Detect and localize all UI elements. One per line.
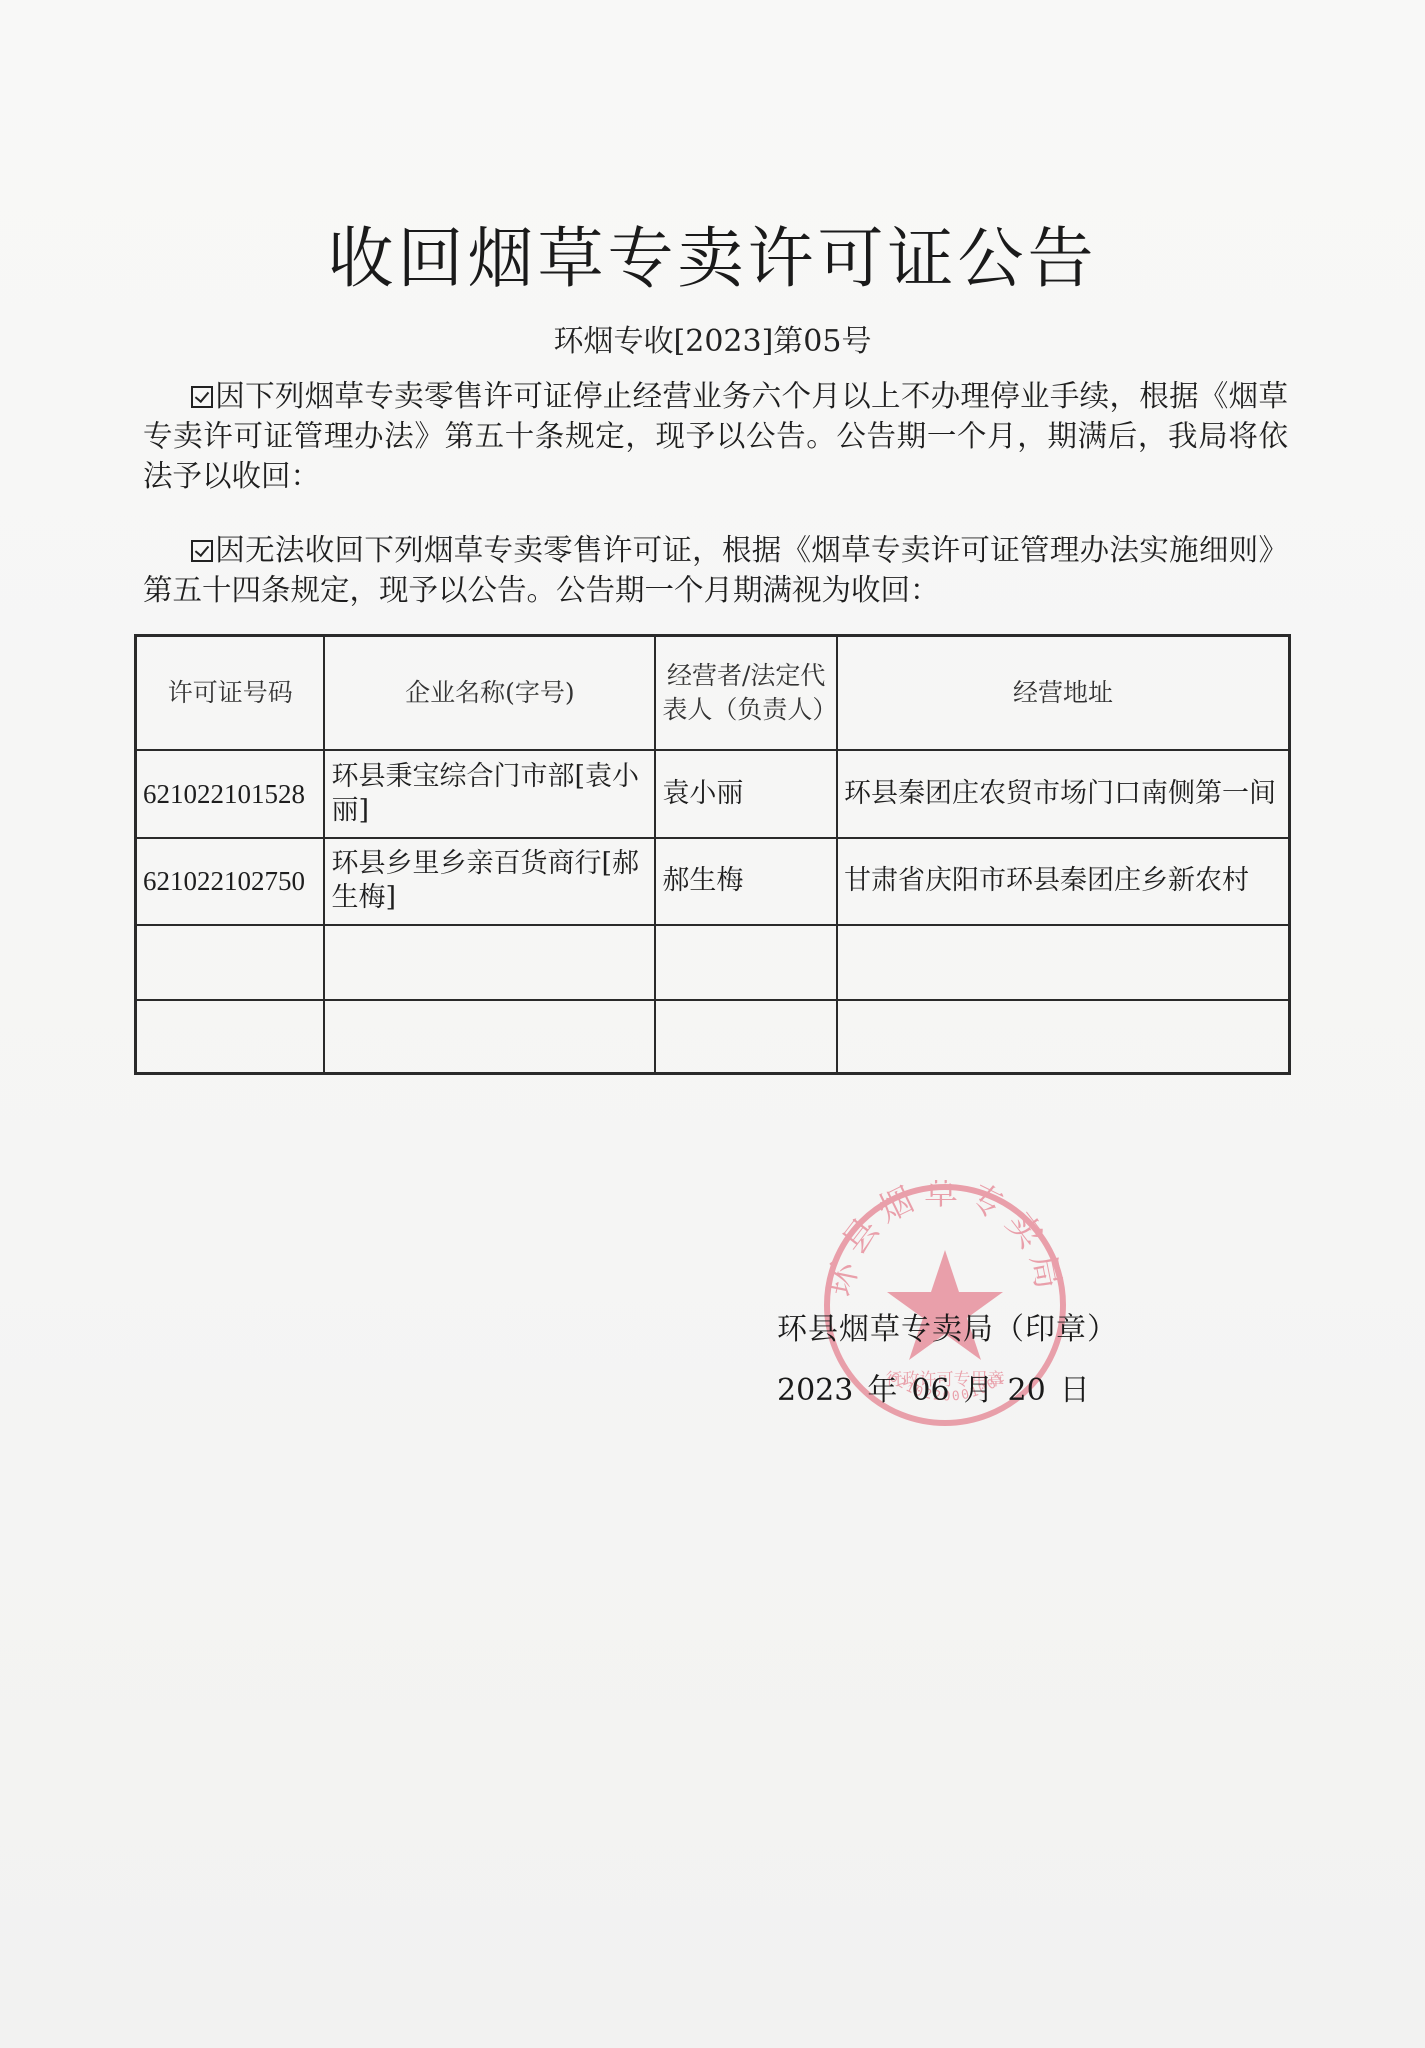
cell-address [837,1000,1290,1074]
cell-license-number: 621022101528 [136,750,325,838]
header-business-name: 企业名称(字号) [324,636,655,750]
paragraph-text: 因无法收回下列烟草专卖零售许可证，根据《烟草专卖许可证管理办法实施细则》第五十四… [143,533,1288,607]
license-table: 许可证号码 企业名称(字号) 经营者/法定代表人（负责人） 经营地址 62102… [134,634,1291,1075]
date-day-unit: 日 [1060,1373,1090,1408]
cell-operator [655,925,837,1000]
cell-address [837,925,1290,1000]
date-month-unit: 月 [964,1373,994,1408]
table-header-row: 许可证号码 企业名称(字号) 经营者/法定代表人（负责人） 经营地址 [136,636,1290,750]
cell-license-number [136,1000,325,1074]
table-row: 621022101528 环县秉宝综合门市部[袁小丽] 袁小丽 环县秦团庄农贸市… [136,750,1290,838]
date-year: 2023 [777,1373,853,1408]
issue-date: 2023年06月20日 [777,1365,1104,1409]
date-month: 06 [911,1373,949,1408]
cell-address: 环县秦团庄农贸市场门口南侧第一间 [837,750,1290,838]
table-row: 621022102750 环县乡里乡亲百货商行[郝生梅] 郝生梅 甘肃省庆阳市环… [136,838,1290,925]
checked-box-icon [191,540,213,562]
cell-license-number: 621022102750 [136,838,325,925]
cell-operator: 郝生梅 [655,838,837,925]
cell-business-name [324,925,655,1000]
issuer-signature: 环县烟草专卖局（印章） [777,1304,1118,1348]
document-page: 收回烟草专卖许可证公告 环烟专收[2023]第05号 因下列烟草专卖零售许可证停… [0,0,1425,2048]
paragraph-text: 因下列烟草专卖零售许可证停止经营业务六个月以上不办理停业手续，根据《烟草专卖许可… [143,379,1288,493]
cell-license-number [136,925,325,1000]
cell-address: 甘肃省庆阳市环县秦团庄乡新农村 [837,838,1290,925]
cell-business-name: 环县乡里乡亲百货商行[郝生梅] [324,838,655,925]
notice-paragraph-2: 因无法收回下列烟草专卖零售许可证，根据《烟草专卖许可证管理办法实施细则》第五十四… [143,530,1288,610]
cell-business-name [324,1000,655,1074]
header-address: 经营地址 [837,636,1290,750]
cell-operator: 袁小丽 [655,750,837,838]
cell-business-name: 环县秉宝综合门市部[袁小丽] [324,750,655,838]
table-row-empty [136,1000,1290,1074]
svg-text:环县烟草专卖局: 环县烟草专卖局 [820,1180,1069,1300]
table-row-empty [136,925,1290,1000]
date-day: 20 [1008,1373,1046,1408]
header-operator: 经营者/法定代表人（负责人） [655,636,837,750]
document-number: 环烟专收[2023]第05号 [0,316,1425,360]
checked-box-icon [191,386,213,408]
notice-paragraph-1: 因下列烟草专卖零售许可证停止经营业务六个月以上不办理停业手续，根据《烟草专卖许可… [143,376,1288,496]
date-year-unit: 年 [867,1373,897,1408]
cell-operator [655,1000,837,1074]
header-license-number: 许可证号码 [136,636,325,750]
page-title: 收回烟草专卖许可证公告 [0,205,1425,300]
